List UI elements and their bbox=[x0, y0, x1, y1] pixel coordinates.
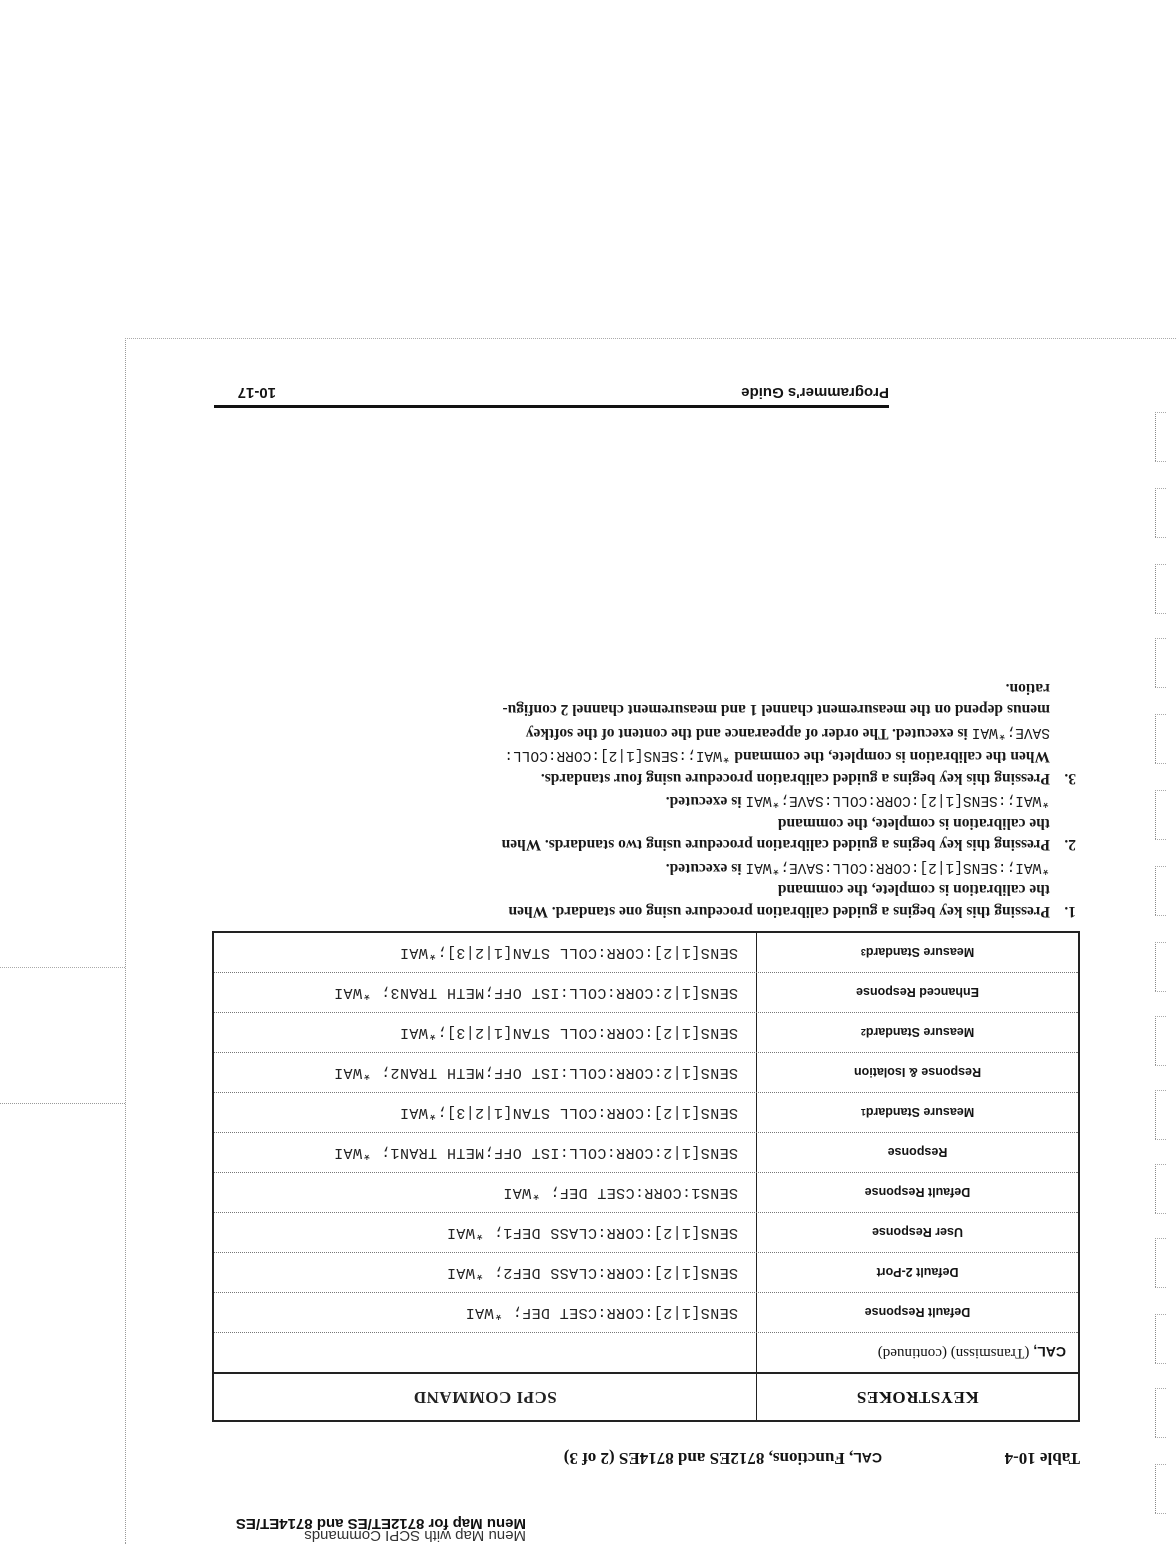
column-header-scpi-command: SCPI COMMAND bbox=[214, 1374, 756, 1420]
footnote-2: 2. Pressing this key begins a guided cal… bbox=[240, 789, 1080, 856]
scpi-command-cell: SENS[1|2]:CORR:COLL STAN[1|2|3];*WAI bbox=[214, 1093, 756, 1132]
keystroke-label: Enhanced Response bbox=[856, 986, 979, 1000]
table-row: Enhanced ResponseSENS[1|2:CORR:COLL:IST … bbox=[214, 972, 1078, 1012]
table-row: Response & IsolationSENS[1|2:CORR:COLL:I… bbox=[214, 1052, 1078, 1092]
binder-hole-mark bbox=[1155, 1164, 1166, 1214]
scpi-command-cell: SENS[1|2:CORR:COLL:IST OFF;METH TRAN3; *… bbox=[214, 973, 756, 1012]
binder-hole-mark bbox=[1155, 412, 1166, 462]
scpi-command-cell: SENS[1|2]:CORR:COLL STAN[1|2|3];*WAI bbox=[214, 933, 756, 972]
footnote-number: 2. bbox=[1064, 834, 1076, 856]
section-key: CAL, bbox=[1033, 1345, 1066, 1361]
footnote-code: *WAI;:SENS[1|2]:CORR:COLL: bbox=[504, 748, 730, 764]
scan-frame-edge bbox=[125, 338, 1176, 339]
footnote-text: SAVE;*WAI is executed. The order of appe… bbox=[240, 721, 1050, 745]
scpi-command-cell: SENS[1|2:CORR:COLL:IST OFF;METH TRAN2; *… bbox=[214, 1053, 756, 1092]
table-header-row: KEYSTROKES SCPI COMMAND bbox=[214, 1372, 1078, 1420]
footnote-text: is executed. The order of appearance and… bbox=[526, 725, 972, 742]
scan-frame-edge bbox=[0, 967, 125, 968]
binder-hole-mark bbox=[1155, 1090, 1166, 1140]
binder-hole-mark bbox=[1155, 488, 1166, 538]
footer-rule bbox=[214, 405, 889, 408]
keystroke-command-table: KEYSTROKES SCPI COMMAND CAL, (Transmissn… bbox=[212, 931, 1080, 1422]
binder-hole-mark bbox=[1155, 1388, 1166, 1438]
scpi-command-cell: SENS[1|2]:CORR:COLL STAN[1|2|3];*WAI bbox=[214, 1013, 756, 1052]
table-footnotes: 1. Pressing this key begins a guided cal… bbox=[240, 678, 1080, 923]
keystroke-label: Default Response bbox=[865, 1306, 971, 1320]
keystroke-label: Response bbox=[888, 1146, 948, 1160]
keystroke-cell: Response bbox=[756, 1133, 1078, 1172]
binder-hole-mark bbox=[1155, 638, 1166, 688]
table-row: Default 2-PortSENS[1|2]:CORR:CLASS DEF2;… bbox=[214, 1252, 1078, 1292]
footer-page-number: 10-17 bbox=[238, 384, 276, 401]
scpi-command-cell: SENS[1|2]:CORR:CLASS DEF1; *WAI bbox=[214, 1213, 756, 1252]
footer-guide-name: Programmer's Guide bbox=[741, 384, 889, 401]
footnote-text: Pressing this key begins a guided calibr… bbox=[240, 901, 1050, 923]
binder-hole-mark bbox=[1155, 1238, 1166, 1288]
keystroke-label: Measure Standard bbox=[866, 1106, 974, 1120]
keystroke-label: Measure Standard bbox=[866, 1026, 974, 1040]
table-row: Measure Standard2SENS[1|2]:CORR:COLL STA… bbox=[214, 1012, 1078, 1052]
binder-hole-mark bbox=[1155, 942, 1166, 992]
footnote-number: 3. bbox=[1064, 768, 1076, 790]
keystroke-cell: Default Response bbox=[756, 1293, 1078, 1332]
scpi-command-cell: SENS[1|2]:CORR:CLASS DEF2; *WAI bbox=[214, 1253, 756, 1292]
scpi-command-cell: SENS[1|2:CORR:COLL:IST OFF;METH TRAN1; *… bbox=[214, 1133, 756, 1172]
table-row: Default ResponseSENS1:CORR:CSET DEF; *WA… bbox=[214, 1172, 1078, 1212]
binder-hole-mark bbox=[1155, 1464, 1166, 1514]
footnote-text: Pressing this key begins a guided calibr… bbox=[240, 834, 1050, 856]
footnote-code: *WAI;:SENS[1|2]:CORR:COLL:SAVE;*WAI bbox=[745, 859, 1050, 875]
keystroke-label: Measure Standard bbox=[866, 946, 974, 960]
table-row: User ResponseSENS[1|2]:CORR:CLASS DEF1; … bbox=[214, 1212, 1078, 1252]
table-row: Default ResponseSENS[1|2]:CORR:CSET DEF;… bbox=[214, 1292, 1078, 1332]
footnote-number: 1. bbox=[1064, 901, 1076, 923]
table-number: Table 10-4 bbox=[1005, 1448, 1080, 1468]
keystroke-cell: Measure Standard1 bbox=[756, 1093, 1078, 1132]
table-row: Measure Standard1SENS[1|2]:CORR:COLL STA… bbox=[214, 1092, 1078, 1132]
scan-frame-edge bbox=[0, 1103, 125, 1104]
footnote-text: the calibration is complete, the command bbox=[240, 813, 1050, 835]
binder-hole-mark bbox=[1155, 1016, 1166, 1066]
keystroke-cell: Measure Standard2 bbox=[756, 1013, 1078, 1052]
binder-hole-mark bbox=[1155, 866, 1166, 916]
table-title-key: CAL bbox=[853, 1450, 882, 1466]
keystroke-cell: Measure Standard3 bbox=[756, 933, 1078, 972]
table-title: CAL, Functions, 8712ES and 8714ES (2 of … bbox=[564, 1448, 882, 1468]
scan-frame-edge bbox=[125, 338, 126, 1544]
binder-hole-mark bbox=[1155, 564, 1166, 614]
binder-hole-mark bbox=[1155, 714, 1166, 764]
keystroke-cell: Response & Isolation bbox=[756, 1053, 1078, 1092]
keystroke-cell: Enhanced Response bbox=[756, 973, 1078, 1012]
column-header-keystrokes: KEYSTROKES bbox=[756, 1374, 1078, 1420]
footnote-text: menus depend on the measurement channel … bbox=[240, 699, 1050, 721]
footnote-code: SAVE;*WAI bbox=[972, 724, 1050, 740]
table-title-text: , Functions, 8712ES and 8714ES (2 of 3) bbox=[564, 1449, 854, 1468]
running-header-title: Menu Map for 8712ET/ES and 8714ET/ES bbox=[236, 1515, 526, 1532]
footnote-code: *WAI;:SENS[1|2]:CORR:COLL:SAVE;*WAI bbox=[745, 793, 1050, 809]
footnote-text-tail: is executed. bbox=[666, 860, 746, 877]
keystroke-cell: Default 2-Port bbox=[756, 1253, 1078, 1292]
footnote-ref: 2 bbox=[861, 1028, 866, 1038]
table-row: ResponseSENS[1|2:CORR:COLL:IST OFF;METH … bbox=[214, 1132, 1078, 1172]
binder-hole-mark bbox=[1155, 1314, 1166, 1364]
binder-hole-mark bbox=[1155, 790, 1166, 840]
keystroke-label: Default Response bbox=[865, 1186, 971, 1200]
footnote-text: *WAI;:SENS[1|2]:CORR:COLL:SAVE;*WAI is e… bbox=[240, 856, 1050, 880]
footnote-text: *WAI;:SENS[1|2]:CORR:COLL:SAVE;*WAI is e… bbox=[240, 789, 1050, 813]
footnote-text: When the calibration is complete, the co… bbox=[240, 744, 1050, 768]
scpi-command-cell: SENS1:CORR:CSET DEF; *WAI bbox=[214, 1173, 756, 1212]
footnote-text: Pressing this key begins a guided calibr… bbox=[240, 768, 1050, 790]
footnote-ref: 3 bbox=[861, 948, 866, 958]
footnote-text: ration. bbox=[240, 678, 1050, 700]
keystroke-label: Response & Isolation bbox=[854, 1066, 981, 1080]
keystroke-cell: Default Response bbox=[756, 1173, 1078, 1212]
section-label: CAL, (Transmissn) (continued) bbox=[756, 1333, 1078, 1372]
scpi-command-cell: SENS[1|2]:CORR:CSET DEF; *WAI bbox=[214, 1293, 756, 1332]
footnote-text-tail: is executed. bbox=[666, 794, 746, 811]
keystroke-label: Default 2-Port bbox=[877, 1266, 959, 1280]
table-section-row: CAL, (Transmissn) (continued) bbox=[214, 1332, 1078, 1372]
footnote-1: 1. Pressing this key begins a guided cal… bbox=[240, 856, 1080, 923]
footnote-text: the calibration is complete, the command bbox=[240, 879, 1050, 901]
footnote-3: 3. Pressing this key begins a guided cal… bbox=[240, 678, 1080, 790]
scanned-page-rotated: Menu Map with SCPI Commands Menu Map for… bbox=[0, 0, 1176, 1544]
footnote-text: When the calibration is complete, the co… bbox=[731, 749, 1050, 766]
keystroke-cell: User Response bbox=[756, 1213, 1078, 1252]
empty-cell bbox=[214, 1333, 756, 1372]
section-text: (Transmissn) (continued) bbox=[878, 1344, 1030, 1361]
keystroke-label: User Response bbox=[872, 1226, 963, 1240]
footnote-ref: 1 bbox=[861, 1108, 866, 1118]
table-row: Measure Standard3SENS[1|2]:CORR:COLL STA… bbox=[214, 933, 1078, 972]
